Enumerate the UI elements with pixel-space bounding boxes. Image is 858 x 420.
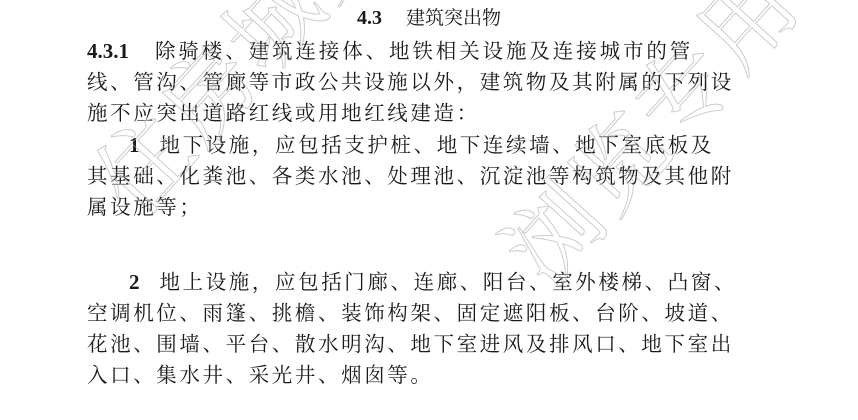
clause-text: 除骑楼、建筑连接体、地铁相关设施及连接城市的管 [155, 39, 693, 63]
section-heading: 4.3 建筑突出物 [0, 6, 858, 30]
clause-line: 4.3.1除骑楼、建筑连接体、地铁相关设施及连接城市的管 [87, 36, 807, 66]
item-text: 地下设施，应包括支护桩、地下连续墙、地下室底板及 [160, 133, 714, 157]
list-item-line: 属设施等； [87, 192, 807, 222]
list-item-line: 花池、围墙、平台、散水明沟、地下室进风及排风口、地下室出 [87, 329, 807, 359]
clause-number: 4.3.1 [87, 39, 129, 63]
list-item-line: 空调机位、雨篷、挑檐、装饰构架、固定遮阳板、台阶、坡道、 [87, 298, 807, 328]
item-number: 1 [129, 133, 140, 157]
clause-line: 线、管沟、管廊等市政公共设施以外，建筑物及其附属的下列设 [87, 67, 807, 97]
list-item-line: 其基础、化粪池、各类水池、处理池、沉淀池等构筑物及其他附 [87, 161, 807, 191]
list-item-line: 1地下设施，应包括支护桩、地下连续墙、地下室底板及 [87, 130, 807, 160]
clause-line: 施不应突出道路红线或用地红线建造： [87, 98, 807, 128]
list-item-line: 入口、集水井、采光井、烟囱等。 [87, 360, 807, 390]
list-item-line: 2地上设施，应包括门廊、连廊、阳台、室外楼梯、凸窗、 [87, 267, 807, 297]
section-number: 4.3 [357, 7, 382, 29]
section-title: 建筑突出物 [406, 7, 501, 29]
item-number: 2 [129, 270, 140, 294]
item-text: 地上设施，应包括门廊、连廊、阳台、室外楼梯、凸窗、 [160, 270, 738, 294]
document-page: 4.3 建筑突出物 4.3.1除骑楼、建筑连接体、地铁相关设施及连接城市的管 线… [0, 0, 858, 420]
